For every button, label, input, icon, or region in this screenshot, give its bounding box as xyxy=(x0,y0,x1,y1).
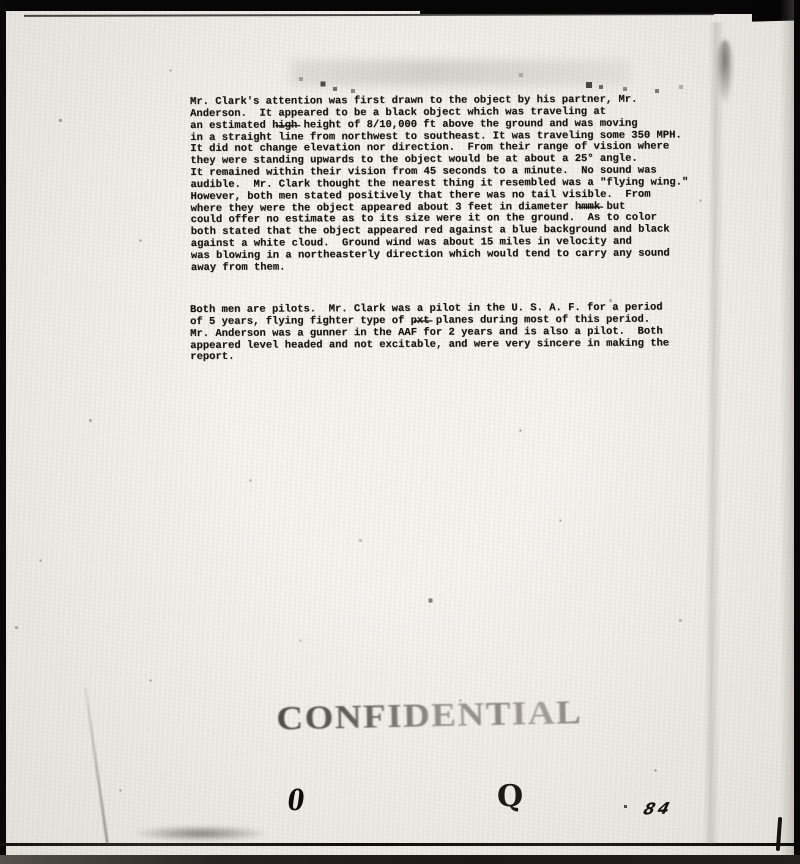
faded-stamp-ghost xyxy=(290,60,630,86)
fold-crease-diagonal xyxy=(84,688,109,845)
circled-zero-mark: 0 xyxy=(285,783,306,817)
scan-border-right xyxy=(794,0,800,864)
scan-border-bottom xyxy=(0,855,800,864)
scan-edge-line-bottom xyxy=(0,843,800,846)
scan-border-left xyxy=(0,0,6,864)
paper-edge-shadow-right xyxy=(780,0,794,864)
faded-stamp-residue xyxy=(0,0,2,2)
document-scan: Mr. Clark's attention was first drawn to… xyxy=(0,0,800,864)
ink-smudge-bottom xyxy=(136,826,266,841)
scan-edge-line-top xyxy=(24,13,714,17)
handwritten-page-number: 84 xyxy=(641,799,674,819)
report-paragraph-2: Both men are pilots. Mr. Clark was a pil… xyxy=(190,302,710,364)
scan-border-top-right xyxy=(420,0,800,14)
report-paragraph-1: Mr. Clark's attention was first drawn to… xyxy=(190,94,711,274)
q-mark: Q xyxy=(497,779,523,814)
confidential-stamp: CONFIDENTIAL xyxy=(276,693,583,739)
crease-smudge xyxy=(716,40,734,106)
